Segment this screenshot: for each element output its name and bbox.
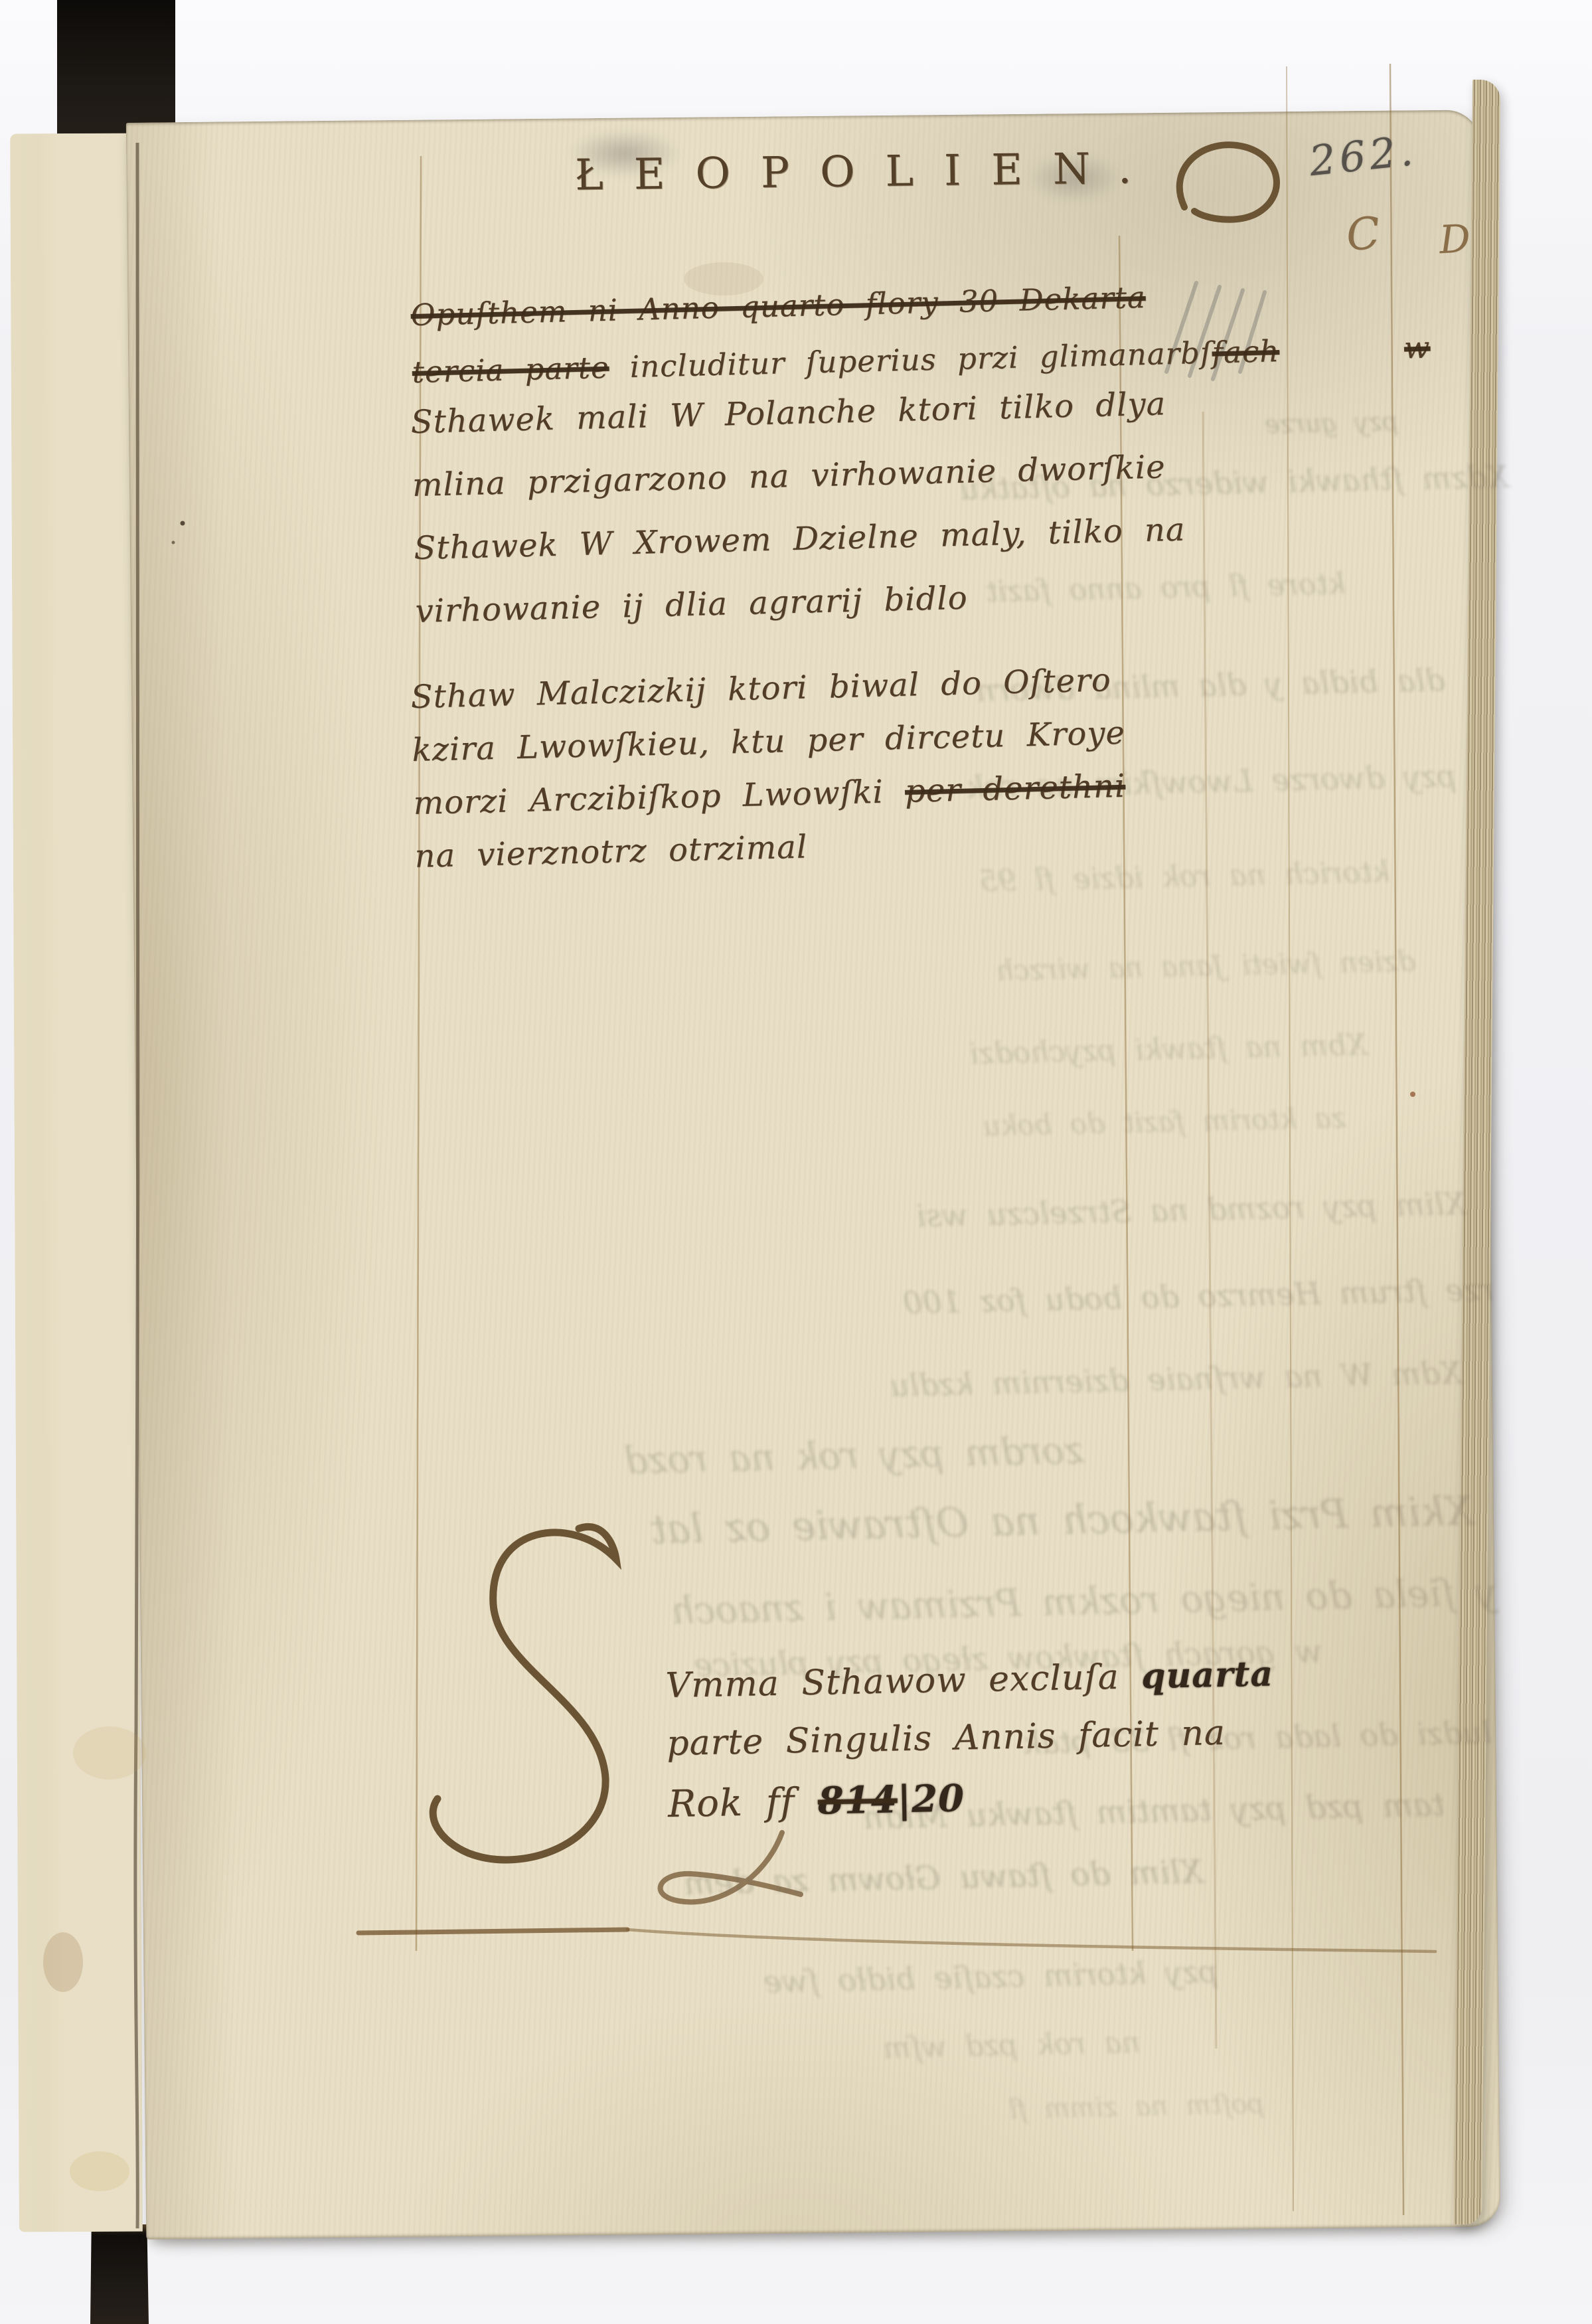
text-segment: |20 xyxy=(897,1776,965,1821)
text-segment: 814 xyxy=(817,1778,898,1823)
text-layer: ŁEOPOLIEN. 262. C D Opuſthem ni Anno qua… xyxy=(0,0,1592,2324)
manuscript-scan-scene: pzy gurzeXdzm ſthawki widerzo na oſtatku… xyxy=(0,0,1592,2324)
column-letter-c: C xyxy=(1344,207,1382,261)
text-segment: per derethni xyxy=(904,768,1126,810)
folio-number: 262. xyxy=(1307,126,1419,186)
text-segment: Rok ff xyxy=(667,1780,818,1826)
text-segment xyxy=(1279,330,1405,369)
text-segment: tercia parte xyxy=(412,350,609,390)
summa-block: Vmma Sthawow excluſa quartaparte Singuli… xyxy=(665,1653,1277,1841)
text-segment: quarta xyxy=(1141,1653,1274,1697)
paragraph-sthaw-malczizki: Sthaw Malczizkij ktori biwal do Oſterokz… xyxy=(410,661,1129,891)
text-segment: Sthaw Malczizkij ktori biwal do Oſtero xyxy=(410,661,1111,716)
page-header-title: ŁEOPOLIEN. xyxy=(575,144,1162,201)
column-letter-d: D xyxy=(1438,216,1471,262)
text-segment: fach xyxy=(1212,333,1280,370)
text-segment: Opuſthem ni Anno quarto flory 30 Dekarta xyxy=(410,280,1146,333)
manuscript-line: Rok ff 814|20 xyxy=(667,1770,1276,1841)
text-segment: w xyxy=(1403,329,1431,365)
text-segment: Vmma Sthawow excluſa xyxy=(665,1657,1142,1706)
paragraph-sthawek-mali: Sthawek mali W Polanche ktori tilko dlya… xyxy=(410,385,1188,656)
